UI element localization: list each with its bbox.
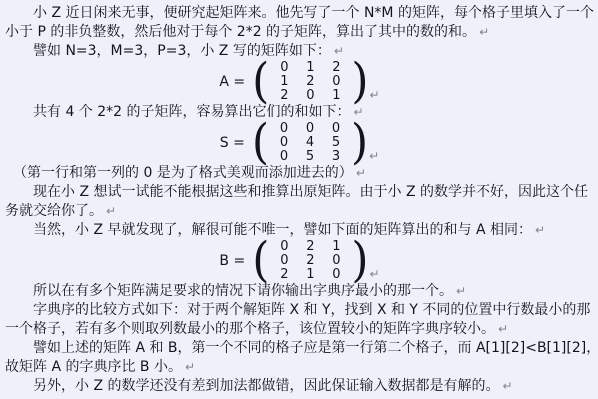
- line-text: （第一行和第一列的 0 是为了格式美观而添加进去的）: [13, 165, 353, 181]
- document-page: 小 Z 近日闲来无事，便研究起矩阵来。他先写了一个 N*M 的矩阵，每个格子里填…: [0, 0, 598, 399]
- matrix-cell: 0: [297, 122, 323, 136]
- paragraph-mark-icon: ↵: [479, 25, 489, 39]
- open-paren-icon: (: [252, 61, 269, 102]
- matrix-cell: 0: [323, 268, 349, 282]
- matrix-s-cells: 0 0 0 0 4 5 0 5 3: [269, 122, 351, 164]
- matrix-cell: 0: [271, 150, 297, 164]
- paragraph-mark-icon: ↵: [498, 322, 508, 336]
- matrix-cell: 2: [297, 75, 323, 89]
- matrix-cell: 2: [297, 240, 323, 254]
- matrix-cell: 1: [323, 89, 349, 103]
- paragraph-line: 小于 P 的非负整数，然后他对于每个 2*2 的子矩阵，算出了其中的数的和。↵: [5, 23, 594, 42]
- line-text: 譬如 N=3，M=3，P=3，小 Z 写的矩阵如下：: [33, 43, 331, 59]
- paragraph-mark-icon: ↵: [535, 223, 545, 237]
- paragraph-mark-icon: ↵: [503, 379, 513, 393]
- line-text: 共有 4 个 2*2 的子矩阵，容易算出它们的和如下：: [33, 104, 351, 120]
- matrix-cell: 1: [271, 75, 297, 89]
- matrix-s: S = ( 0 0 0 0 4 5 0 5 3 ) ↵: [5, 122, 594, 164]
- line-text: 务就交给你了。: [5, 203, 103, 219]
- matrix-cell: 0: [271, 136, 297, 150]
- matrix-cell: 0: [271, 61, 297, 75]
- paragraph-line: 譬如 N=3，M=3，P=3，小 Z 写的矩阵如下：↵: [5, 42, 594, 61]
- matrix-b-cells: 0 2 1 0 2 0 2 1 0: [269, 240, 351, 282]
- matrix-cell: 0: [323, 75, 349, 89]
- matrix-cell: 3: [323, 150, 349, 164]
- close-paren-icon: ): [351, 122, 368, 163]
- line-text: 另外，小 Z 的数学还没有差到加法都做错，因此保证输入数据都是有解的。: [33, 378, 500, 394]
- matrix-cell: 2: [323, 61, 349, 75]
- matrix-cell: 2: [271, 89, 297, 103]
- matrix-cell: 2: [271, 268, 297, 282]
- matrix-cell: 0: [271, 122, 297, 136]
- paragraph-line: 共有 4 个 2*2 的子矩阵，容易算出它们的和如下：↵: [5, 103, 594, 122]
- matrix-cell: 0: [271, 254, 297, 268]
- line-text: 字典序的比较方式如下：对于两个解矩阵 X 和 Y，找到 X 和 Y 不同的位置中…: [33, 302, 590, 318]
- paragraph-line: 故矩阵 A 的字典序比 B 小。↵: [5, 358, 594, 377]
- line-text: 当然，小 Z 早就发现了，解很可能不唯一，譬如下面的矩阵算出的和与 A 相同：: [33, 222, 532, 238]
- matrix-cell: 5: [323, 136, 349, 150]
- matrix-cell: 4: [297, 136, 323, 150]
- paragraph-mark-icon: ↵: [456, 284, 466, 298]
- paragraph-mark-icon: ↵: [185, 360, 195, 374]
- paragraph-line: 务就交给你了。↵: [5, 202, 594, 221]
- matrix-b-label: B =: [219, 253, 245, 269]
- open-paren-icon: (: [252, 240, 269, 281]
- matrix-cell: 2: [297, 254, 323, 268]
- matrix-cell: 0: [323, 254, 349, 268]
- paragraph-line: 另外，小 Z 的数学还没有差到加法都做错，因此保证输入数据都是有解的。↵: [5, 377, 594, 396]
- line-text: 譬如上述的矩阵 A 和 B，第一个不同的格子应是第一行第二个格子，而 A[1][…: [33, 340, 598, 356]
- matrix-cell: 1: [297, 268, 323, 282]
- paragraph-line: 一个格子，若有多个则取列数最小的那个格子，该位置较小的矩阵字典序较小。↵: [5, 320, 594, 339]
- line-text: 故矩阵 A 的字典序比 B 小。: [5, 359, 182, 375]
- paragraph-line: 所以在有多个矩阵满足要求的情况下请你输出字典序最小的那一个。↵: [5, 282, 594, 301]
- paragraph-line: 字典序的比较方式如下：对于两个解矩阵 X 和 Y，找到 X 和 Y 不同的位置中…: [5, 301, 594, 320]
- matrix-cell: 1: [323, 240, 349, 254]
- matrix-cell: 1: [297, 61, 323, 75]
- matrix-a-label: A =: [219, 74, 245, 90]
- paragraph-line: 小 Z 近日闲来无事，便研究起矩阵来。他先写了一个 N*M 的矩阵，每个格子里填…: [5, 4, 594, 23]
- paragraph-line: 譬如上述的矩阵 A 和 B，第一个不同的格子应是第一行第二个格子，而 A[1][…: [5, 339, 594, 358]
- matrix-b: B = ( 0 2 1 0 2 0 2 1 0 ) ↵: [5, 240, 594, 282]
- matrix-a-cells: 0 1 2 1 2 0 2 0 1: [269, 61, 351, 103]
- matrix-cell: 5: [297, 150, 323, 164]
- line-text: 小 Z 近日闲来无事，便研究起矩阵来。他先写了一个 N*M 的矩阵，每个格子里填…: [33, 5, 594, 21]
- line-text: 一个格子，若有多个则取列数最小的那个格子，该位置较小的矩阵字典序较小。: [5, 321, 495, 337]
- paragraph-mark-icon: ↵: [334, 44, 344, 58]
- paragraph-line: 当然，小 Z 早就发现了，解很可能不唯一，譬如下面的矩阵算出的和与 A 相同：↵: [5, 221, 594, 240]
- line-text: 所以在有多个矩阵满足要求的情况下请你输出字典序最小的那一个。: [33, 283, 453, 299]
- matrix-cell: 0: [323, 122, 349, 136]
- line-text: 小于 P 的非负整数，然后他对于每个 2*2 的子矩阵，算出了其中的数的和。: [5, 24, 476, 40]
- paragraph-line: （第一行和第一列的 0 是为了格式美观而添加进去的）↵: [5, 164, 594, 183]
- matrix-cell: 0: [297, 89, 323, 103]
- paragraph-mark-icon: ↵: [370, 267, 380, 281]
- matrix-cell: 0: [271, 240, 297, 254]
- paragraph-line: 现在小 Z 想试一试能不能根据这些和推算出原矩阵。由于小 Z 的数学并不好，因此…: [5, 183, 594, 202]
- matrix-a: A = ( 0 1 2 1 2 0 2 0 1 ) ↵: [5, 61, 594, 103]
- paragraph-mark-icon: ↵: [370, 88, 380, 102]
- close-paren-icon: ): [351, 240, 368, 281]
- line-text: 现在小 Z 想试一试能不能根据这些和推算出原矩阵。由于小 Z 的数学并不好，因此…: [33, 184, 588, 200]
- paragraph-mark-icon: ↵: [369, 149, 379, 163]
- paragraph-mark-icon: ↵: [106, 204, 116, 218]
- close-paren-icon: ): [351, 61, 368, 102]
- open-paren-icon: (: [252, 122, 269, 163]
- matrix-s-label: S =: [220, 135, 245, 151]
